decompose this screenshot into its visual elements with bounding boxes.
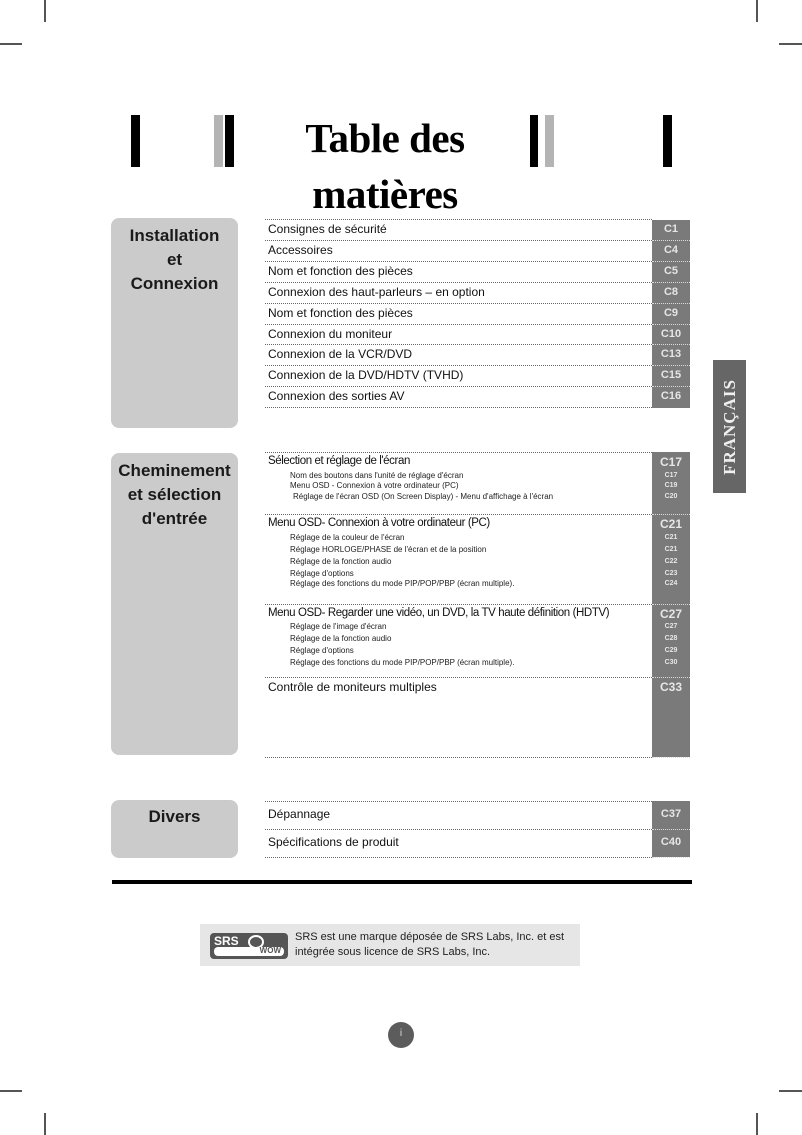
- title-bar-decoration: [131, 115, 140, 167]
- crop-mark: [756, 0, 758, 22]
- toc-page-number[interactable]: C13: [652, 348, 690, 360]
- toc-entry[interactable]: Connexion des sorties AV: [268, 389, 405, 403]
- toc-subentry[interactable]: Réglage de la couleur de l'écran: [290, 533, 405, 542]
- srs-notice-text: SRS est une marque déposée de SRS Labs, …: [295, 930, 564, 960]
- toc-subentry[interactable]: Réglage d'options: [290, 569, 354, 578]
- dotted-separator: [265, 303, 652, 304]
- dotted-separator: [265, 344, 652, 345]
- toc-page-number[interactable]: C27: [652, 623, 690, 630]
- page-separator: [652, 604, 690, 605]
- toc-entry[interactable]: Menu OSD- Regarder une vidéo, un DVD, la…: [268, 607, 609, 619]
- toc-page-number[interactable]: C23: [652, 570, 690, 577]
- page-separator: [652, 514, 690, 515]
- toc-subentry[interactable]: Réglage des fonctions du mode PIP/POP/PB…: [290, 579, 514, 588]
- toc-page-number[interactable]: C19: [652, 482, 690, 489]
- page-separator: [652, 829, 690, 830]
- toc-page-number[interactable]: C24: [652, 580, 690, 587]
- dotted-separator: [265, 282, 652, 283]
- page-separator: [652, 857, 690, 858]
- toc-entry[interactable]: Connexion de la VCR/DVD: [268, 347, 412, 361]
- dotted-separator: [265, 677, 652, 678]
- section-heading-divers: Divers: [111, 800, 238, 858]
- dotted-separator: [265, 261, 652, 262]
- toc-entry[interactable]: Accessoires: [268, 243, 333, 257]
- page-separator: [652, 757, 690, 758]
- dotted-separator: [265, 514, 652, 515]
- dotted-separator: [265, 757, 652, 758]
- toc-page-number[interactable]: C17: [652, 455, 690, 469]
- toc-page-number[interactable]: C1: [652, 223, 690, 235]
- toc-entry[interactable]: Connexion des haut-parleurs – en option: [268, 285, 485, 299]
- toc-subentry[interactable]: Menu OSD - Connexion à votre ordinateur …: [290, 481, 459, 490]
- toc-entry[interactable]: Contrôle de moniteurs multiples: [268, 680, 437, 694]
- toc-page-number[interactable]: C10: [652, 328, 690, 340]
- title-bar-decoration: [663, 115, 672, 167]
- title-bar-decoration: [530, 115, 538, 167]
- toc-subentry[interactable]: Réglage de la fonction audio: [290, 634, 391, 643]
- toc-page-number[interactable]: C37: [652, 808, 690, 820]
- toc-entry[interactable]: Consignes de sécurité: [268, 222, 387, 236]
- dotted-separator: [265, 604, 652, 605]
- page-number-badge: i: [388, 1022, 414, 1048]
- toc-page-number[interactable]: C28: [652, 635, 690, 642]
- toc-subentry[interactable]: Réglage de la fonction audio: [290, 557, 391, 566]
- toc-page-number[interactable]: C17: [652, 472, 690, 479]
- toc-page-number[interactable]: C4: [652, 244, 690, 256]
- dotted-separator: [265, 407, 652, 408]
- page-separator: [652, 344, 690, 345]
- page-separator: [652, 282, 690, 283]
- dotted-separator: [265, 452, 652, 453]
- dotted-separator: [265, 324, 652, 325]
- dotted-separator: [265, 801, 652, 802]
- title-bar-decoration: [545, 115, 554, 167]
- toc-page-number[interactable]: C21: [652, 517, 690, 531]
- dotted-separator: [265, 219, 652, 220]
- toc-subentry[interactable]: Réglage d'options: [290, 646, 354, 655]
- dotted-separator: [265, 240, 652, 241]
- toc-page-number[interactable]: C33: [652, 680, 690, 694]
- toc-page-number[interactable]: C30: [652, 659, 690, 666]
- language-tab: FRANÇAIS: [713, 360, 746, 493]
- section-heading-cheminement: Cheminement et sélection d'entrée: [111, 453, 238, 755]
- srs-notice: SRS WOW SRS est une marque déposée de SR…: [200, 924, 580, 966]
- toc-page-number[interactable]: C20: [652, 493, 690, 500]
- page-separator: [652, 240, 690, 241]
- dotted-separator: [265, 829, 652, 830]
- toc-page-number[interactable]: C21: [652, 534, 690, 541]
- toc-subentry[interactable]: Réglage des fonctions du mode PIP/POP/PB…: [290, 658, 514, 667]
- divider: [112, 880, 692, 884]
- toc-page-number[interactable]: C29: [652, 647, 690, 654]
- crop-mark: [44, 0, 46, 22]
- page-title: Table des matières: [242, 110, 528, 222]
- toc-page-number[interactable]: C27: [652, 607, 690, 621]
- toc-entry[interactable]: Spécifications de produit: [268, 835, 399, 849]
- srs-logo-icon: SRS WOW: [210, 933, 288, 959]
- toc-subentry[interactable]: Nom des boutons dans l'unité de réglage …: [290, 471, 463, 480]
- crop-mark: [779, 43, 802, 45]
- crop-mark: [0, 1090, 22, 1092]
- crop-mark: [756, 1113, 758, 1135]
- toc-entry[interactable]: Connexion du moniteur: [268, 327, 392, 341]
- toc-page-number[interactable]: C5: [652, 265, 690, 277]
- page-separator: [652, 261, 690, 262]
- crop-mark: [0, 43, 22, 45]
- toc-entry[interactable]: Nom et fonction des pièces: [268, 264, 413, 278]
- section-heading-installation: Installation et Connexion: [111, 218, 238, 428]
- toc-page-number[interactable]: C16: [652, 390, 690, 402]
- toc-page-number[interactable]: C15: [652, 369, 690, 381]
- toc-subentry[interactable]: Réglage de l'image d'écran: [290, 622, 386, 631]
- toc-entry[interactable]: Dépannage: [268, 807, 330, 821]
- crop-mark: [779, 1090, 802, 1092]
- toc-page-number[interactable]: C21: [652, 546, 690, 553]
- crop-mark: [44, 1113, 46, 1135]
- toc-subentry[interactable]: Réglage de l'écran OSD (On Screen Displa…: [293, 492, 553, 501]
- toc-subentry[interactable]: Réglage HORLOGE/PHASE de l'écran et de l…: [290, 545, 486, 554]
- page-separator: [652, 677, 690, 678]
- page-separator: [652, 386, 690, 387]
- toc-entry[interactable]: Connexion de la DVD/HDTV (TVHD): [268, 368, 463, 382]
- toc-page-number[interactable]: C9: [652, 307, 690, 319]
- dotted-separator: [265, 365, 652, 366]
- wow-badge: WOW: [214, 947, 284, 956]
- dotted-separator: [265, 857, 652, 858]
- toc-page-number[interactable]: C22: [652, 558, 690, 565]
- title-bar-decoration: [225, 115, 234, 167]
- dotted-separator: [265, 386, 652, 387]
- toc-entry[interactable]: Sélection et réglage de l'écran: [268, 455, 410, 467]
- page-separator: [652, 324, 690, 325]
- toc-entry[interactable]: Menu OSD- Connexion à votre ordinateur (…: [268, 517, 490, 529]
- page-separator: [652, 303, 690, 304]
- toc-entry[interactable]: Nom et fonction des pièces: [268, 306, 413, 320]
- toc-page-number[interactable]: C8: [652, 286, 690, 298]
- title-bar-decoration: [214, 115, 223, 167]
- page-separator: [652, 365, 690, 366]
- toc-page-number[interactable]: C40: [652, 836, 690, 848]
